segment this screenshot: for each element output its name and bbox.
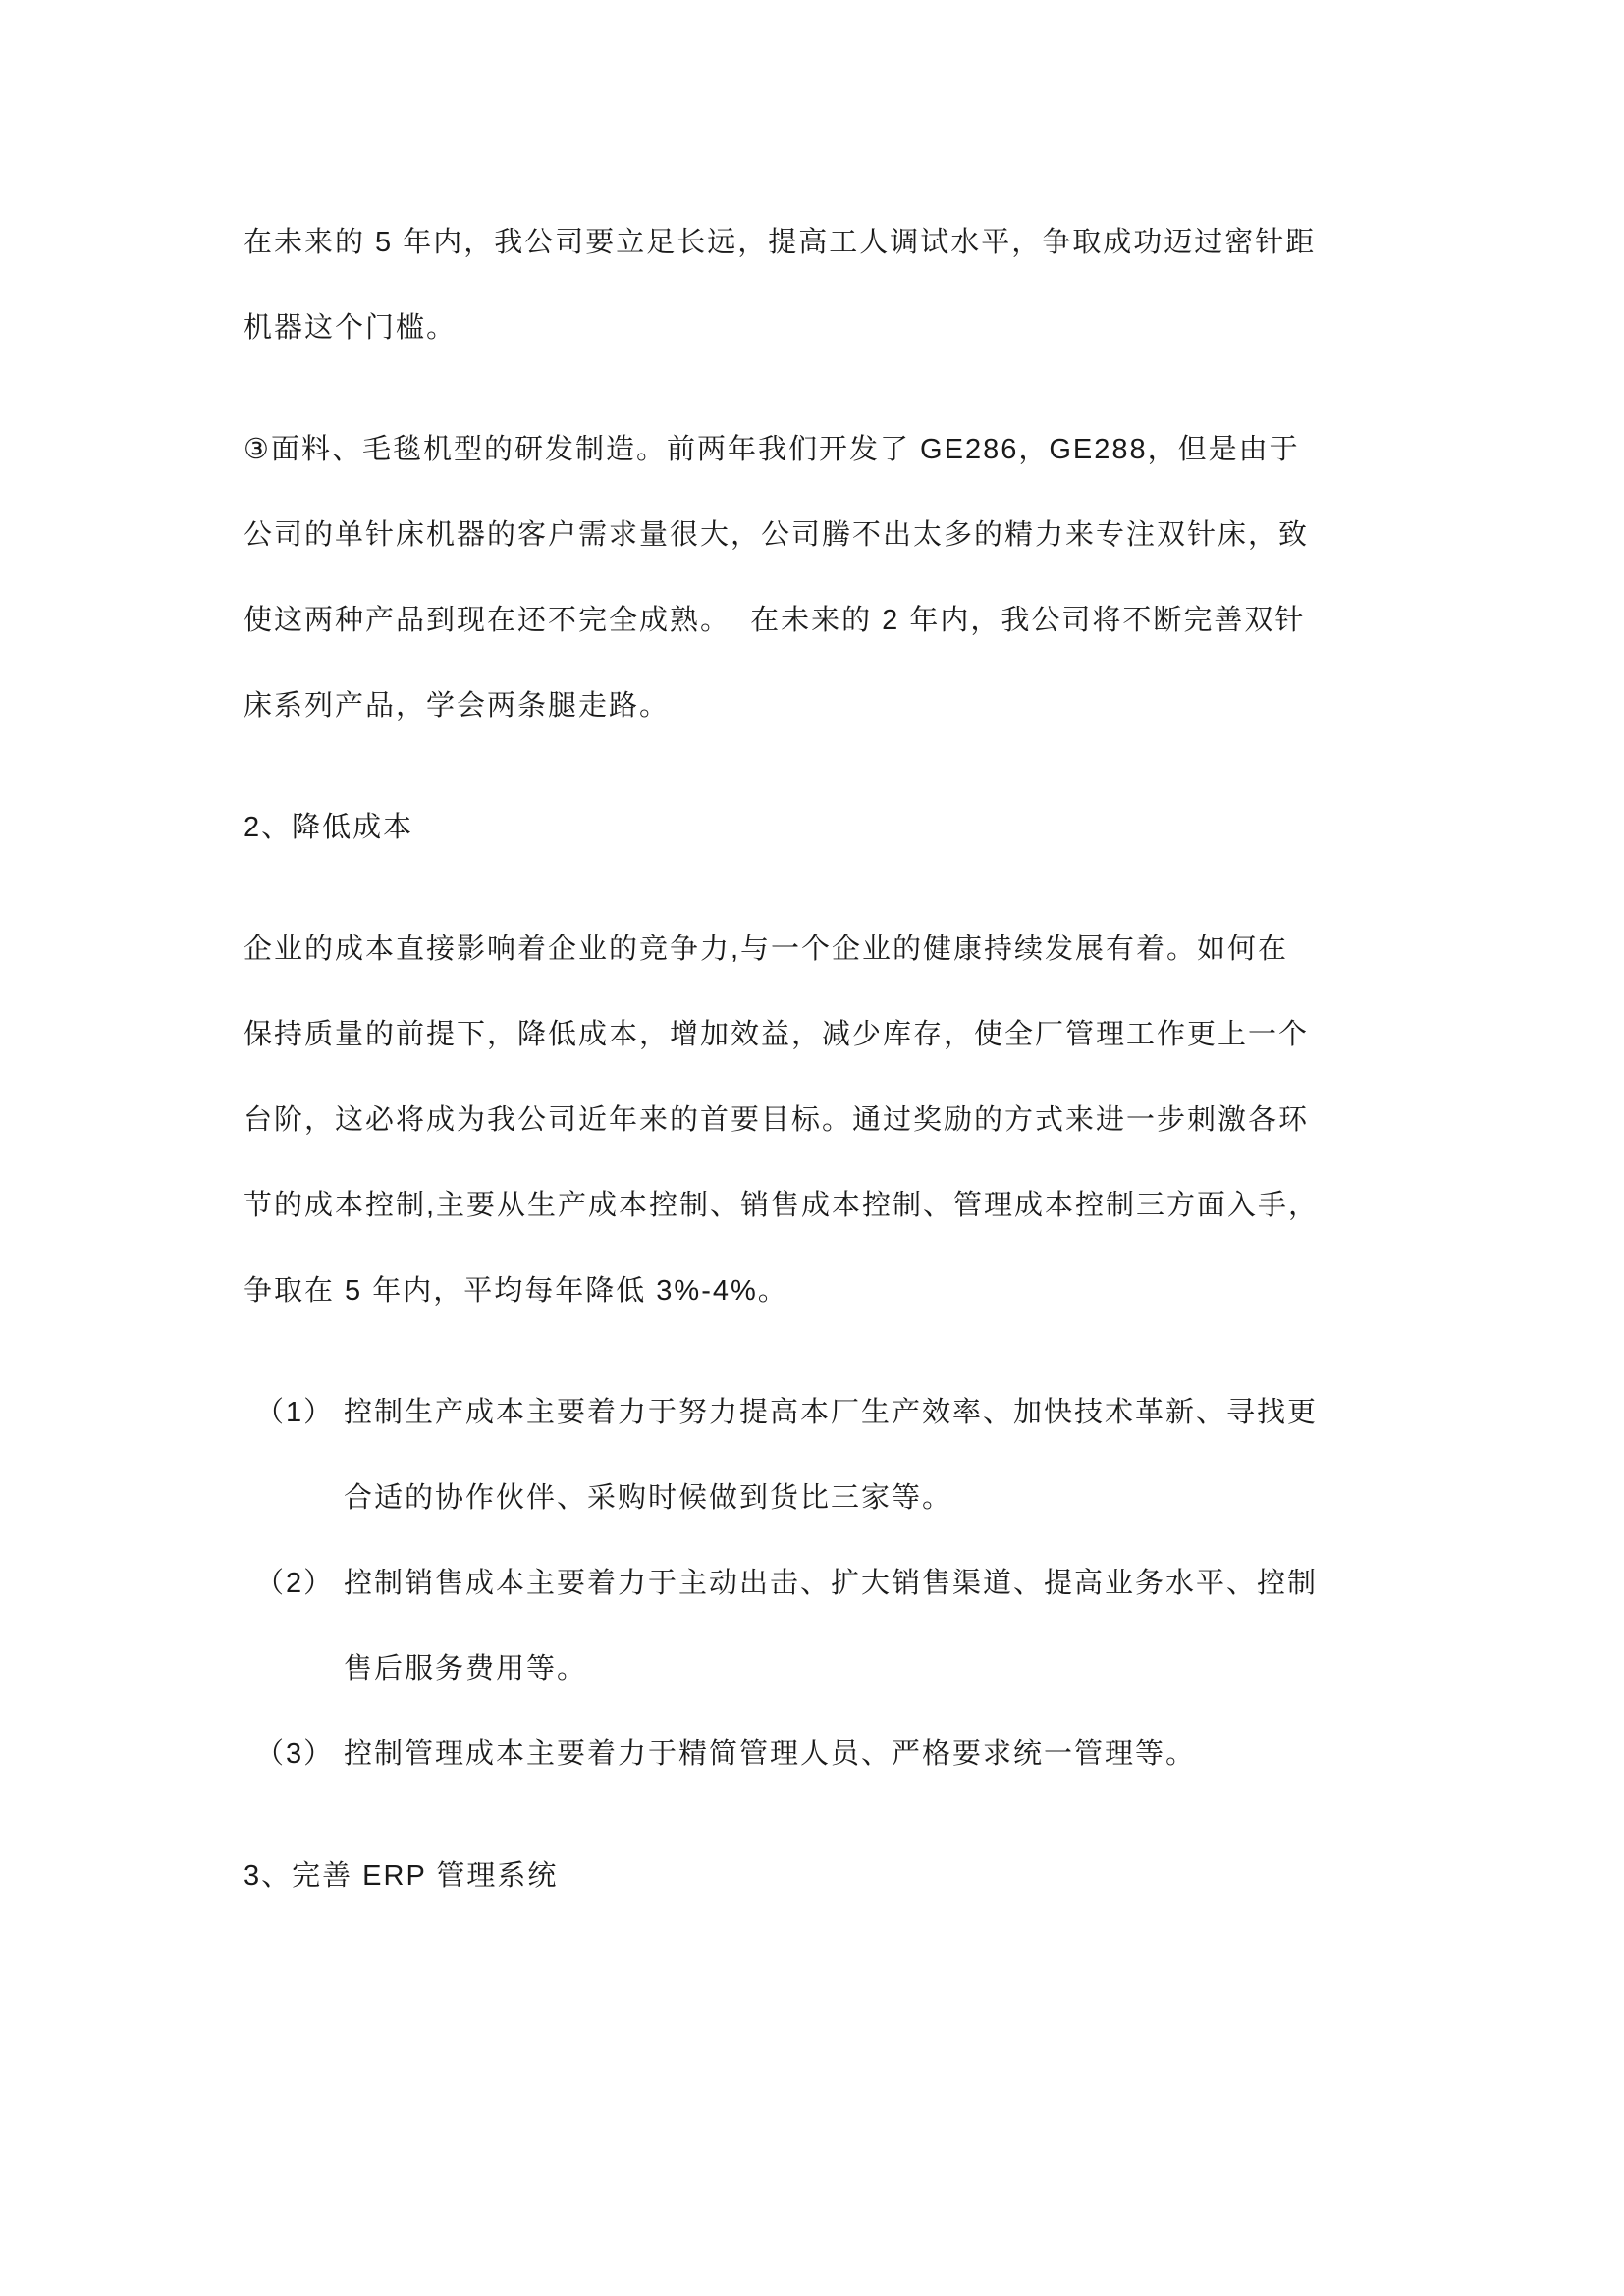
- list-item-text: 控制销售成本主要着力于主动出击、扩大销售渠道、提高业务水平、控制 售后服务费用等…: [344, 1541, 1382, 1712]
- list-item-marker: （3）: [255, 1712, 344, 1797]
- list-item-production-cost: （1） 控制生产成本主要着力于努力提高本厂生产效率、加快技术革新、寻找更 合适的…: [255, 1370, 1382, 1541]
- heading-erp-system: 3、完善 ERP 管理系统: [244, 1834, 1382, 1919]
- list-item-sales-cost: （2） 控制销售成本主要着力于主动出击、扩大销售渠道、提高业务水平、控制 售后服…: [255, 1541, 1382, 1712]
- list-item-marker: （1）: [255, 1370, 344, 1456]
- document-page: 在未来的 5 年内，我公司要立足长远，提高工人调试水平，争取成功迈过密针距 机器…: [0, 0, 1624, 2296]
- paragraph-fabric-blanket-models: ③面料、毛毯机型的研发制造。前两年我们开发了 GE286，GE288，但是由于 …: [244, 407, 1382, 749]
- heading-cost-reduction: 2、降低成本: [244, 785, 1382, 871]
- paragraph-future-plan: 在未来的 5 年内，我公司要立足长远，提高工人调试水平，争取成功迈过密针距 机器…: [244, 200, 1382, 371]
- list-item-marker: （2）: [255, 1541, 344, 1627]
- list-item-text: 控制生产成本主要着力于努力提高本厂生产效率、加快技术革新、寻找更 合适的协作伙伴…: [344, 1370, 1382, 1541]
- paragraph-cost-analysis: 企业的成本直接影响着企业的竞争力,与一个企业的健康持续发展有着。如何在 保持质量…: [244, 907, 1382, 1334]
- list-item-management-cost: （3） 控制管理成本主要着力于精简管理人员、严格要求统一管理等。: [255, 1712, 1382, 1797]
- cost-control-list: （1） 控制生产成本主要着力于努力提高本厂生产效率、加快技术革新、寻找更 合适的…: [244, 1370, 1382, 1797]
- list-item-text: 控制管理成本主要着力于精简管理人员、严格要求统一管理等。: [344, 1712, 1382, 1797]
